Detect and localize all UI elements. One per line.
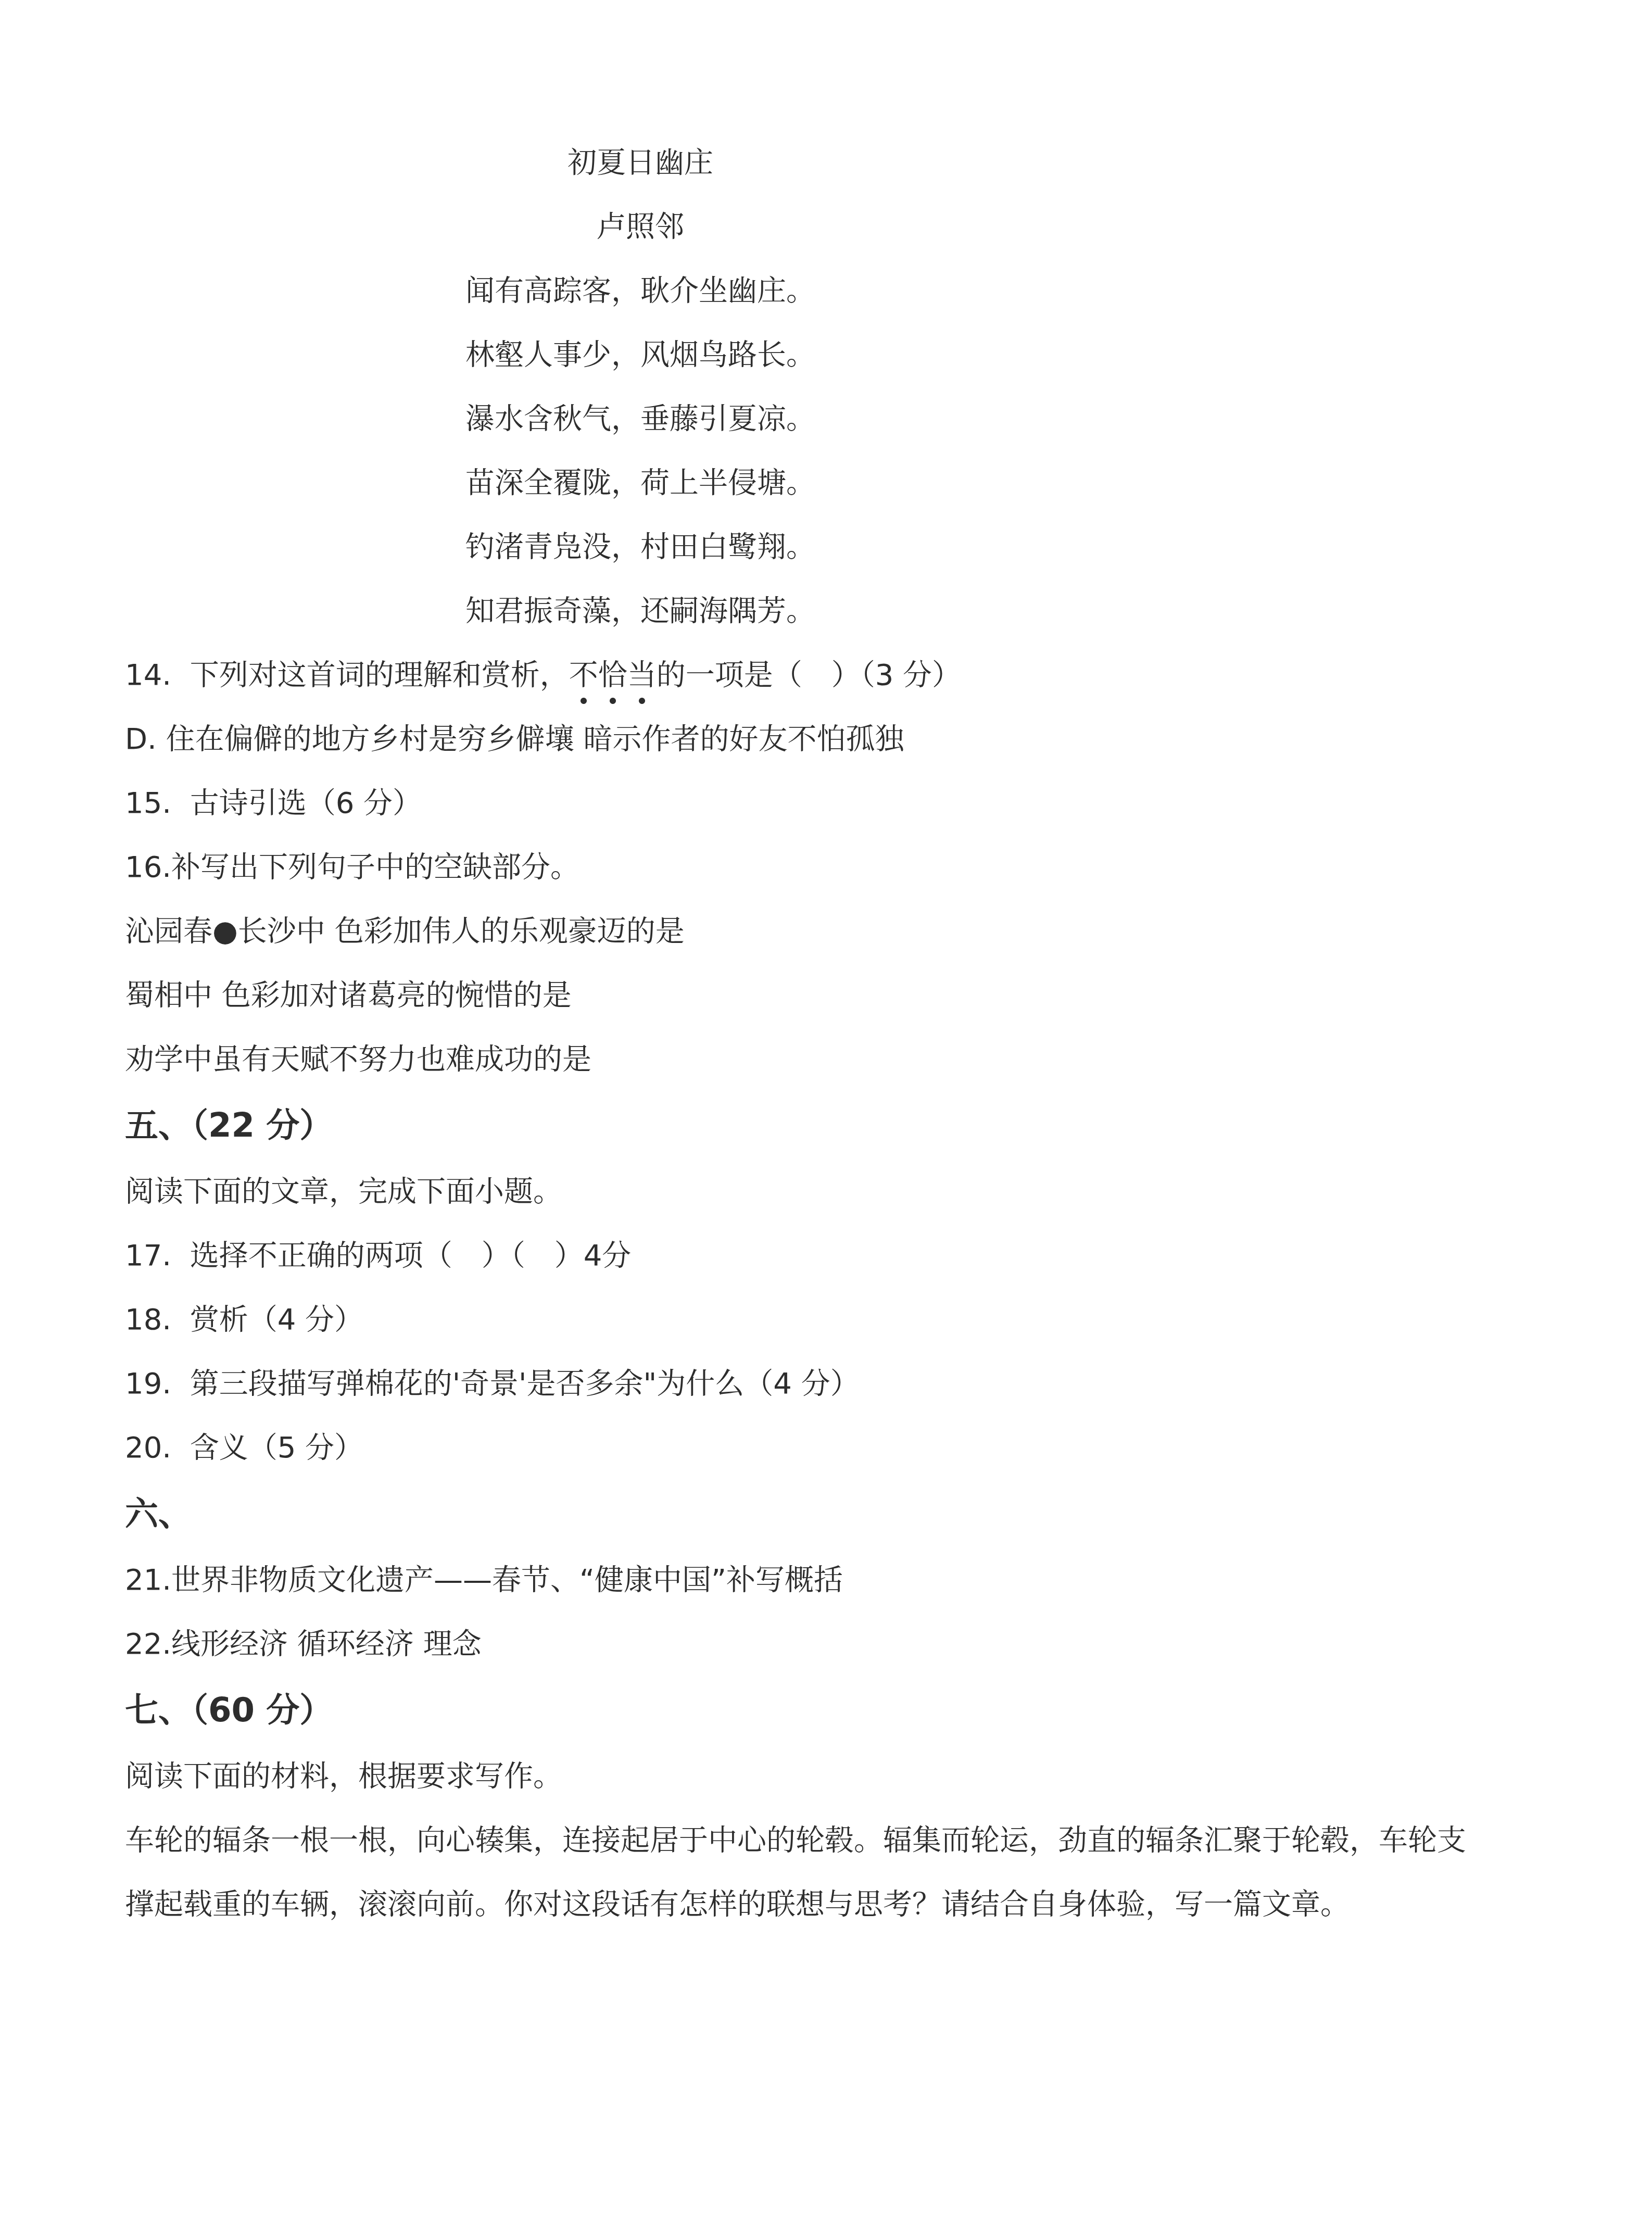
- fill-item: 蜀相中 色彩加对诸葛亮的惋惜的是: [125, 981, 1525, 1010]
- question-14: 14. 下列对这首词的理解和赏析，不恰当的一项是（ ）（3 分）: [125, 661, 1525, 690]
- exam-page: 初夏日幽庄 卢照邻 闻有高踪客，耿介坐幽庄。 林壑人事少，风烟鸟路长。 瀑水含秋…: [0, 0, 1652, 2216]
- section-5: 五、（22 分） 阅读下面的文章，完成下面小题。 17. 选择不正确的两项（ ）…: [125, 1109, 1525, 1463]
- section-7: 七、（60 分） 阅读下面的材料，根据要求写作。 车轮的辐条一根一根，向心辏集，…: [125, 1694, 1525, 1919]
- poem-line: 闻有高踪客，耿介坐幽庄。: [125, 276, 1156, 306]
- question-15: 15. 古诗引选（6 分）: [125, 789, 1525, 818]
- poem-author: 卢照邻: [125, 212, 1156, 242]
- fill-item: 沁园春●长沙中 色彩加伟人的乐观豪迈的是: [125, 917, 1525, 946]
- question-14-emphasis: 不恰当: [569, 658, 657, 706]
- poem-line: 钓渚青凫没，村田白鹭翔。: [125, 533, 1156, 562]
- section-7-heading: 七、（60 分）: [125, 1694, 1525, 1727]
- question-20: 20. 含义（5 分）: [125, 1433, 1525, 1463]
- question-14-lead: 14. 下列对这首词的理解和赏析，: [125, 658, 569, 692]
- section-5-heading: 五、（22 分）: [125, 1109, 1525, 1142]
- fill-item: 劝学中虽有天赋不努力也难成功的是: [125, 1045, 1525, 1074]
- section-6-heading: 六、: [125, 1497, 1525, 1531]
- poem-title: 初夏日幽庄: [125, 148, 1156, 178]
- question-19: 19. 第三段描写弹棉花的'奇景'是否多余"为什么（4 分）: [125, 1369, 1525, 1399]
- question-22: 22.线形经济 循环经济 理念: [125, 1630, 1525, 1659]
- poem-line: 瀑水含秋气，垂藤引夏凉。: [125, 405, 1156, 434]
- question-21: 21.世界非物质文化遗产——春节、“健康中国”补写概括: [125, 1566, 1525, 1595]
- question-14-tail: 的一项是（ ）（3 分）: [657, 658, 961, 692]
- poem-line: 苗深全覆陇，荷上半侵塘。: [125, 469, 1156, 498]
- poem-line: 知君振奇藻，还嗣海隅芳。: [125, 597, 1156, 626]
- essay-prompt-line: 撑起载重的车辆，滚滚向前。你对这段话有怎样的联想与思考？请结合自身体验，写一篇文…: [125, 1890, 1525, 1919]
- poem-line: 林壑人事少，风烟鸟路长。: [125, 341, 1156, 370]
- question-17: 17. 选择不正确的两项（ ）（ ）4分: [125, 1241, 1525, 1270]
- poem-section: 初夏日幽庄 卢照邻 闻有高踪客，耿介坐幽庄。 林壑人事少，风烟鸟路长。 瀑水含秋…: [125, 148, 1156, 626]
- section-7-intro: 阅读下面的材料，根据要求写作。: [125, 1762, 1525, 1791]
- questions-section: 14. 下列对这首词的理解和赏析，不恰当的一项是（ ）（3 分） D. 住在偏僻…: [125, 661, 1525, 1074]
- essay-prompt-line: 车轮的辐条一根一根，向心辏集，连接起居于中心的轮毂。辐集而轮运，劲直的辐条汇聚于…: [125, 1826, 1525, 1855]
- section-5-intro: 阅读下面的文章，完成下面小题。: [125, 1177, 1525, 1206]
- option-d: D. 住在偏僻的地方乡村是穷乡僻壤 暗示作者的好友不怕孤独: [125, 725, 1525, 754]
- section-6: 六、 21.世界非物质文化遗产——春节、“健康中国”补写概括 22.线形经济 循…: [125, 1497, 1525, 1659]
- question-16: 16.补写出下列句子中的空缺部分。: [125, 853, 1525, 882]
- question-18: 18. 赏析（4 分）: [125, 1305, 1525, 1334]
